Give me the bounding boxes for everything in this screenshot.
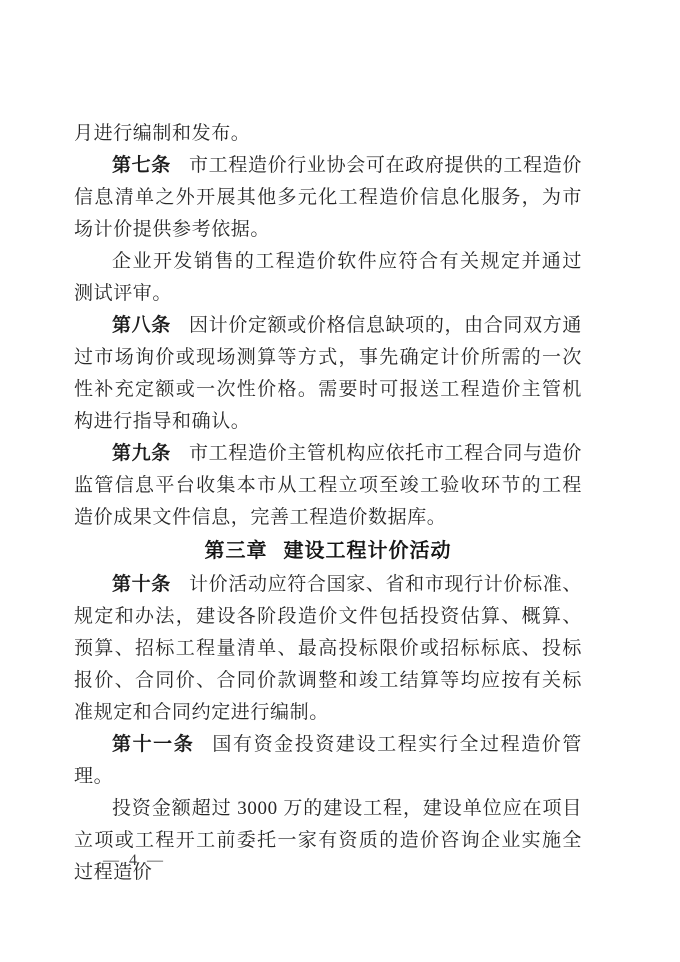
chapter-heading: 第三章建设工程计价活动 xyxy=(74,535,582,568)
paragraph-text: 企业开发销售的工程造价软件应符合有关规定并通过测试评审。 xyxy=(74,251,582,304)
paragraph-text: 计价活动应符合国家、省和市现行计价标准、规定和办法，建设各阶段造价文件包括投资估… xyxy=(74,574,582,723)
document-body: 月进行编制和发布。第七条市工程造价行业协会可在政府提供的工程造价信息清单之外开展… xyxy=(74,118,582,889)
page-number: — 4 — xyxy=(103,852,166,870)
article-number: 第九条 xyxy=(112,443,171,464)
article-number: 第七条 xyxy=(112,155,171,176)
paragraph-text: 投资金额超过 3000 万的建设工程，建设单位应在项目立项或工程开工前委托一家有… xyxy=(74,798,582,883)
article-paragraph: 第八条因计价定额或价格信息缺项的，由合同双方通过市场询价或现场测算等方式，事先确… xyxy=(74,310,582,438)
paragraph-text: 月进行编制和发布。 xyxy=(74,123,250,144)
article-paragraph: 第七条市工程造价行业协会可在政府提供的工程造价信息清单之外开展其他多元化工程造价… xyxy=(74,150,582,246)
chapter-number: 第三章 xyxy=(205,540,268,562)
scanned-document-page: 月进行编制和发布。第七条市工程造价行业协会可在政府提供的工程造价信息清单之外开展… xyxy=(0,0,680,962)
article-number: 第十条 xyxy=(112,574,171,595)
body-paragraph: 投资金额超过 3000 万的建设工程，建设单位应在项目立项或工程开工前委托一家有… xyxy=(74,793,582,889)
body-paragraph: 企业开发销售的工程造价软件应符合有关规定并通过测试评审。 xyxy=(74,246,582,310)
body-paragraph: 月进行编制和发布。 xyxy=(74,118,582,150)
article-number: 第十一条 xyxy=(112,734,194,755)
chapter-title: 建设工程计价活动 xyxy=(284,540,452,562)
article-paragraph: 第九条市工程造价主管机构应依托市工程合同与造价监管信息平台收集本市从工程立项至竣… xyxy=(74,438,582,534)
article-number: 第八条 xyxy=(112,315,171,336)
article-paragraph: 第十一条国有资金投资建设工程实行全过程造价管理。 xyxy=(74,729,582,793)
article-paragraph: 第十条计价活动应符合国家、省和市现行计价标准、规定和办法，建设各阶段造价文件包括… xyxy=(74,569,582,729)
